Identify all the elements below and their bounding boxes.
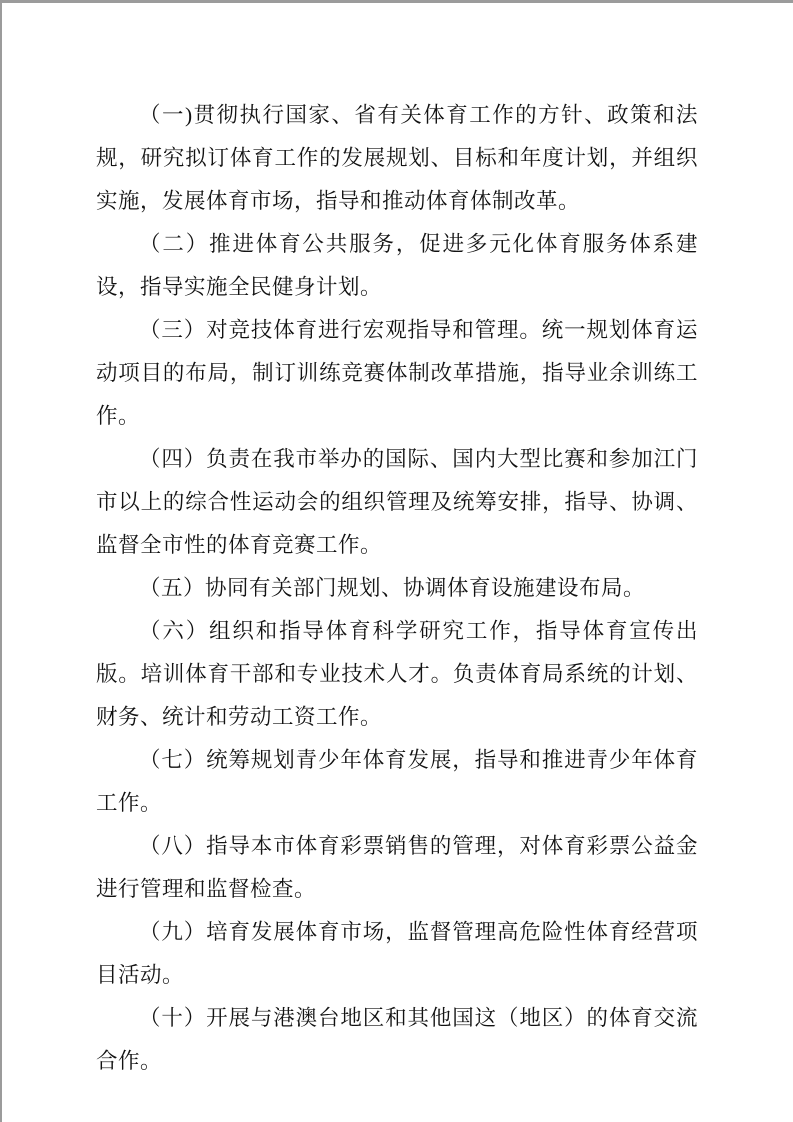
duty-item-6: （六）组织和指导体育科学研究工作，指导体育宣传出版。培训体育干部和专业技术人才。… — [96, 610, 698, 739]
duty-item-10: （十）开展与港澳台地区和其他国这（地区）的体育交流合作。 — [96, 997, 698, 1083]
duty-item-8: （八）指导本市体育彩票销售的管理，对体育彩票公益金进行管理和监督检查。 — [96, 825, 698, 911]
duty-item-3: （三）对竞技体育进行宏观指导和管理。统一规划体育运动项目的布局，制订训练竞赛体制… — [96, 309, 698, 438]
document-page: （一)贯彻执行国家、省有关体育工作的方针、政策和法规，研究拟订体育工作的发展规划… — [0, 0, 793, 1122]
duty-item-5: （五）协同有关部门规划、协调体育设施建设布局。 — [96, 567, 698, 610]
duty-item-7: （七）统筹规划青少年体育发展，指导和推进青少年体育工作。 — [96, 739, 698, 825]
document-body: （一)贯彻执行国家、省有关体育工作的方针、政策和法规，研究拟订体育工作的发展规划… — [2, 3, 793, 1083]
duty-item-1: （一)贯彻执行国家、省有关体育工作的方针、政策和法规，研究拟订体育工作的发展规划… — [96, 94, 698, 223]
duty-item-4: （四）负责在我市举办的国际、国内大型比赛和参加江门市以上的综合性运动会的组织管理… — [96, 438, 698, 567]
duty-item-2: （二）推进体育公共服务，促进多元化体育服务体系建设，指导实施全民健身计划。 — [96, 223, 698, 309]
duty-item-9: （九）培育发展体育市场，监督管理高危险性体育经营项目活动。 — [96, 911, 698, 997]
